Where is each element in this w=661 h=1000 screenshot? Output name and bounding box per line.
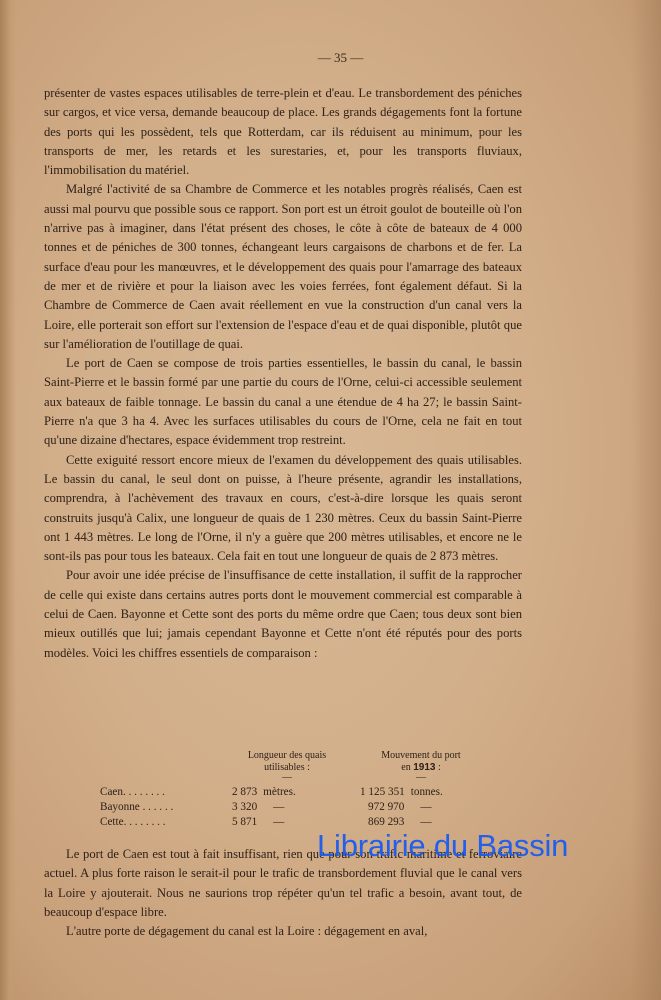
quay-length: 2 873mètres. [232,785,342,800]
port-name: Bayonne . . . . . . [100,800,232,815]
year-label: 1913 [413,762,435,773]
paragraph-1: présenter de vastes espaces utilisables … [44,84,522,180]
page-number: — 35 — [0,50,661,66]
header-dash: — [238,773,336,783]
table-row: Bayonne . . . . . . 3 320— 972 970— [100,800,500,815]
watermark: Librairie du Bassin [317,828,568,864]
port-movement: 1 125 351tonnes. [342,785,500,800]
paragraph-2: Malgré l'activité de sa Chambre de Comme… [44,180,522,354]
body-text-top: présenter de vastes espaces utilisables … [44,84,522,663]
header-dash: — [348,773,494,783]
paragraph-5: Pour avoir une idée précise de l'insuffi… [44,566,522,662]
port-name: Cette. . . . . . . . [100,815,232,830]
paragraph-7: L'autre porte de dégagement du canal est… [44,922,522,941]
quay-length: 3 320— [232,800,342,815]
table-header-movement: Mouvement du port en 1913 : — [342,750,500,785]
port-name: Caen. . . . . . . . [100,785,232,800]
book-page: — 35 — présenter de vastes espaces utili… [0,0,661,1000]
paragraph-4: Cette exiguité ressort encore mieux de l… [44,451,522,567]
paragraph-3: Le port de Caen se compose de trois part… [44,354,522,450]
port-movement: 972 970— [342,800,500,815]
table-header-port [100,750,232,785]
table-header-length: Longueur des quais utilisables : — [232,750,342,785]
comparison-table: Longueur des quais utilisables : — Mouve… [100,750,500,830]
table-row: Caen. . . . . . . . 2 873mètres. 1 125 3… [100,785,500,800]
